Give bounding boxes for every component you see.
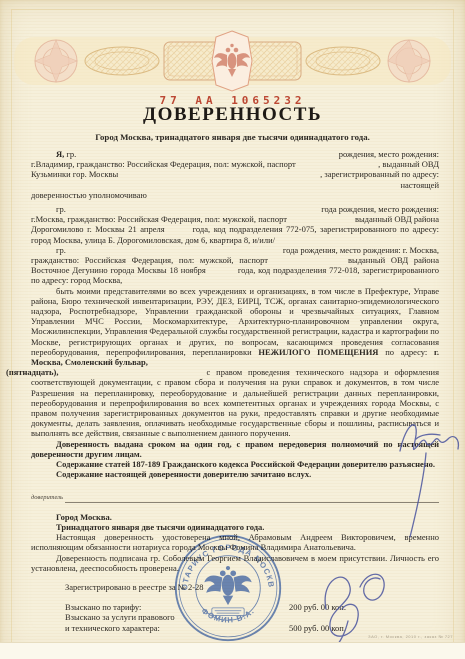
- principal-signature-row: доверитель: [31, 493, 439, 503]
- principal-line-3-left: Кузьминки гор. Москвы: [31, 169, 118, 179]
- notary-city: Город Москва.: [31, 512, 439, 522]
- attorney2-head: гр. года рождения, место рождения: г. Мо…: [31, 245, 439, 255]
- powers-paragraph: быть моими представителями во всех учреж…: [31, 286, 439, 439]
- principal-line-1-right: рождения, место рождения:: [339, 149, 439, 159]
- principal-line-2: г.Владимир, гражданство: Российская Феде…: [31, 159, 439, 169]
- services-label-1: Взыскано за услуги правового: [31, 612, 289, 622]
- principal-gr: гр.: [64, 149, 76, 159]
- attorney1-head: гр. года рождения, место рождения:: [31, 204, 439, 214]
- signature-line: [65, 495, 439, 503]
- attorney1-gr: гр.: [31, 204, 66, 214]
- services-value: 500 руб. 00 коп.: [289, 623, 346, 633]
- tariff-value: 200 руб. 00 коп.: [289, 602, 346, 612]
- guilloche-band-art: [12, 29, 453, 93]
- notary-certification: Настоящая доверенность удостоверена мной…: [31, 532, 439, 552]
- powers-part2: с правом проведения технического надзора…: [31, 367, 439, 438]
- attorney1-paragraph: г.Москва, гражданство: Российская Федера…: [31, 214, 439, 245]
- document-body: Я, гр. рождения, место рождения: г.Влади…: [31, 149, 439, 655]
- principal-line-2-right: , выданный ОВД: [378, 159, 439, 169]
- services-row-1: Взыскано за услуги правового: [31, 612, 439, 622]
- tariff-block: Взыскано по тарифу: 200 руб. 00 коп. Взы…: [31, 602, 439, 633]
- document-dateline: Город Москва, тринадцатого января две ты…: [0, 132, 465, 142]
- signer-label: доверитель: [31, 493, 63, 503]
- coat-of-arms-emblem: [212, 31, 252, 91]
- powers-part1: быть моими представителями во всех учреж…: [31, 286, 439, 357]
- page-bottom-edge: ЗАО, г. Москва, 2010 г., заказ № 727: [0, 642, 465, 659]
- principal-line-1: Я, гр. рождения, место рождения:: [31, 149, 439, 159]
- notary-date: Тринадцатого января две тысячи одиннадца…: [31, 522, 439, 532]
- principal-line-2-left: г.Владимир, гражданство: Российская Феде…: [31, 159, 296, 169]
- powers-premises: НЕЖИЛОГО ПОМЕЩЕНИЯ: [258, 347, 378, 357]
- services-label-2: и технического характера:: [31, 623, 289, 633]
- term-duration: Доверенность выдана сроком на один год, …: [31, 439, 439, 459]
- attorney1-head-right: года рождения, место рождения:: [321, 204, 439, 214]
- security-print-line: ЗАО, г. Москва, 2010 г., заказ № 727: [368, 634, 453, 639]
- attorney1-t1: г.Москва, гражданство: Российская Федера…: [31, 214, 287, 224]
- rosette-left: [35, 40, 77, 82]
- powers-mid: по адресу:: [385, 347, 427, 357]
- powers-fifteen: (пятнадцать),: [6, 367, 59, 377]
- principal-line-3-right: , зарегистрированный по адресу:: [320, 169, 439, 179]
- term-read-aloud: Содержание настоящей доверенности довери…: [31, 469, 439, 479]
- notary-signed-by: Доверенность подписана гр. Соболевым Гео…: [31, 553, 439, 573]
- attorney2-paragraph: гражданство: Российская Федерация, пол: …: [31, 255, 439, 286]
- attorney2-gr: гр.: [31, 245, 66, 255]
- tariff-row: Взыскано по тарифу: 200 руб. 00 коп.: [31, 602, 439, 612]
- registry-number-line: Зарегистрировано в реестре за № 2-28: [31, 582, 439, 592]
- tariff-label: Взыскано по тарифу:: [31, 602, 289, 612]
- attorney2-t1: гражданство: Российская Федерация, пол: …: [31, 255, 268, 265]
- principal-line-3: Кузьминки гор. Москвы , зарегистрированн…: [31, 169, 439, 179]
- document-title: ДОВЕРЕННОСТЬ: [0, 104, 465, 126]
- term-articles: Содержание статей 187-189 Гражданского к…: [31, 459, 439, 469]
- principal-line-4: настоящей: [31, 180, 439, 190]
- guilloche-band: [12, 29, 453, 93]
- attorney2-head-right: года рождения, место рождения: г. Москва…: [283, 245, 439, 255]
- rosette-right: [388, 40, 430, 82]
- notarial-power-of-attorney-document: 77 АА 1065232 ДОВЕРЕННОСТЬ Город Москва,…: [0, 0, 465, 659]
- services-row-2: и технического характера: 500 руб. 00 ко…: [31, 623, 439, 633]
- authorization-line: доверенностью уполномочиваю: [31, 190, 439, 200]
